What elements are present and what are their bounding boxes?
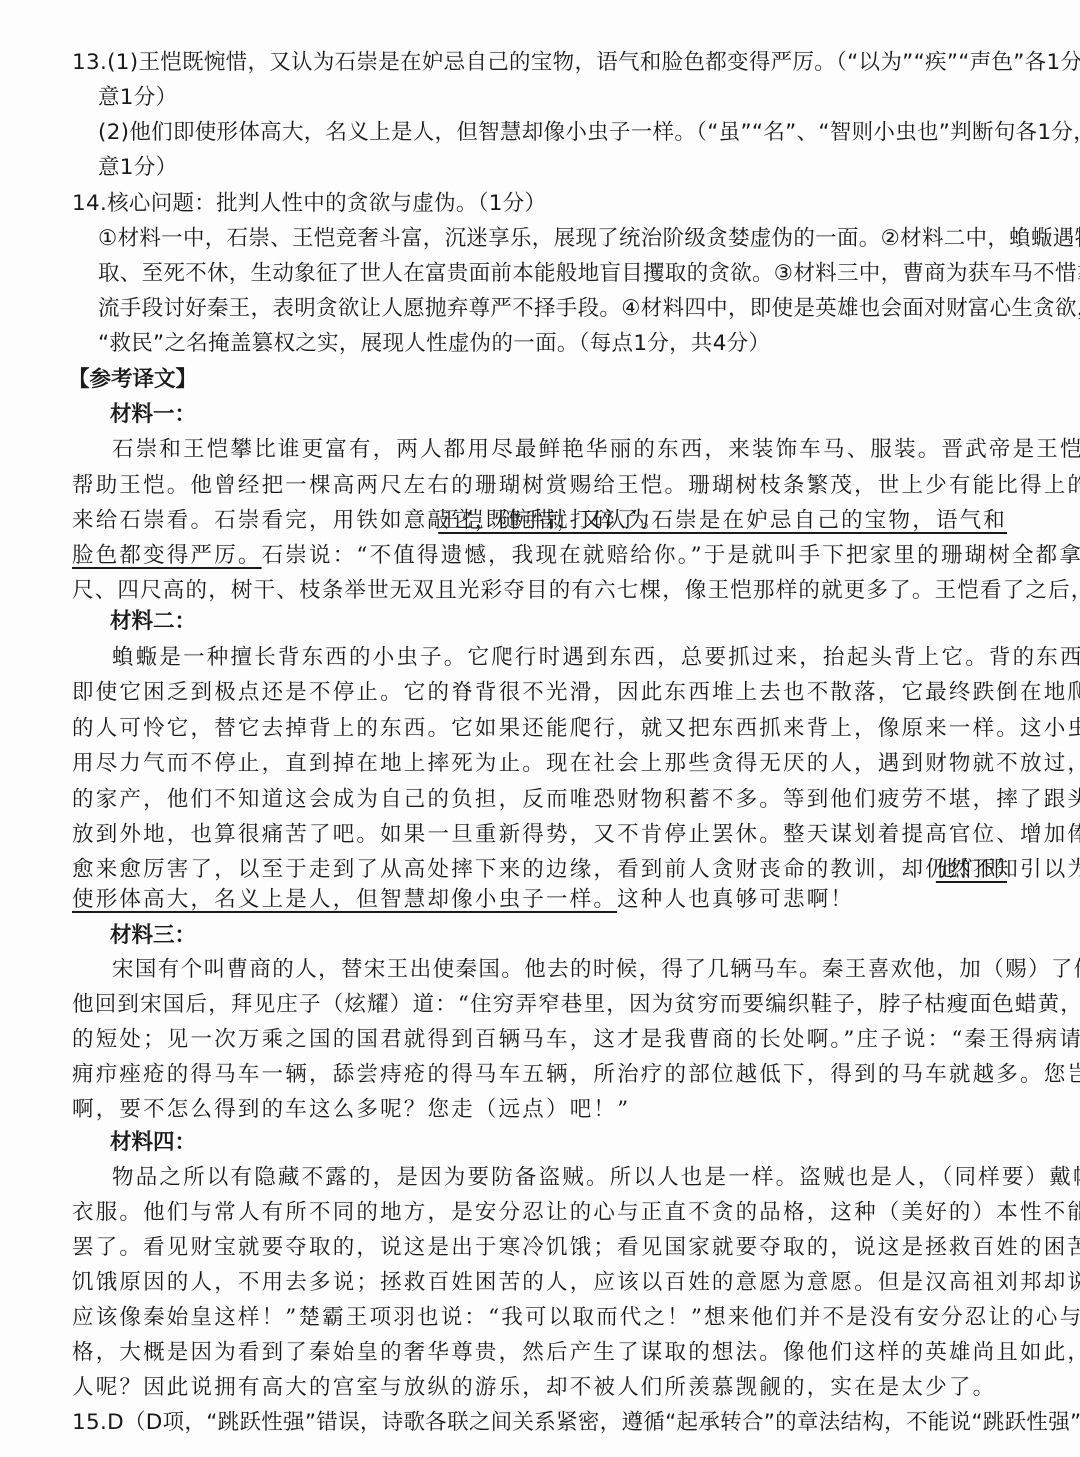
material-2-line: 即使它困乏到极点还是不停止。它的脊背很不光滑，因此东西堆上去也不散落，它最终跌倒… bbox=[72, 679, 1007, 707]
q15-answer: 15.D（D项，“跳跃性强”错误，诗歌各联之间关系紧密，遵循“起承转合”的章法结… bbox=[72, 1409, 1080, 1437]
material-3-line: 啊，要不怎么得到的车这么多呢？您走（远点）吧！” bbox=[72, 1096, 630, 1124]
material-3-line: 的短处；见一次万乘之国的国君就得到百辆马车，这才是我曹商的长处啊。”庄子说：“秦… bbox=[72, 1026, 1007, 1054]
material-2-line: 蝜蝂是一种擅长背东西的小虫子。它爬行时遇到东西，总要抓过来，抬起头背上它。背的东… bbox=[112, 644, 1007, 672]
material-3-title: 材料三： bbox=[110, 922, 196, 950]
underlined-sentence: 他们即 bbox=[936, 856, 1007, 884]
material-1-line: 石崇和王恺攀比谁更富有，两人都用尽最鲜艳华丽的东西，来装饰车马、服装。晋武帝是王… bbox=[112, 436, 1007, 464]
q14-point-line: 流手段讨好秦王，表明贪欲让人愿抛弃尊严不择手段。④材料四中，即使是英雄也会面对财… bbox=[98, 295, 1007, 323]
underlined-sentence: 脸色都变得严厉。 bbox=[72, 543, 262, 568]
material-1-text: 石崇说：“不值得遗憾，我现在就赔给你。”于是就叫手下把家里的珊瑚树全都拿出来，有… bbox=[262, 543, 1080, 568]
q13-answer-1: 13.(1)王恺既惋惜，又认为石崇是在妒忌自己的宝物，语气和脸色都变得严厉。（“… bbox=[72, 49, 1007, 77]
material-4-line: 应该像秦始皇这样！”楚霸王项羽也说：“我可以取而代之！”想来他们并不是没有安分忍… bbox=[72, 1304, 1007, 1332]
material-4-title: 材料四： bbox=[110, 1129, 196, 1157]
material-2-line: 的家产，他们不知道这会成为自己的负担，反而唯恐财物积蓄不多。等到他们疲劳不堪，摔… bbox=[72, 786, 1007, 814]
material-4-line: 衣服。他们与常人有所不同的地方，是安分忍让的心与正直不贪的品格，这种（美好的）本… bbox=[72, 1199, 1007, 1227]
material-2-line: 愈来愈厉害了，以至于走到了从高处摔下来的边缘，看到前人贪财丧命的教训，却仍然不知… bbox=[72, 856, 1007, 884]
material-4-line: 饥饿原因的人，不用去多说；拯救百姓困苦的人，应该以百姓的意愿为意愿。但是汉高祖刘… bbox=[72, 1269, 1007, 1297]
material-2-text: 愈来愈厉害了，以至于走到了从高处摔下来的边缘，看到前人贪财丧命的教训，却仍然不知… bbox=[72, 857, 1080, 882]
material-2-title: 材料二： bbox=[110, 608, 196, 636]
q14-point-line: 取、至死不休，生动象征了世人在富贵面前本能般地盲目攫取的贪欲。③材料三中，曹商为… bbox=[98, 260, 1007, 288]
material-2-line: 的人可怜它，替它去掉背上的东西。它如果还能爬行，就又把东西抓来背上，像原来一样。… bbox=[72, 715, 1007, 743]
material-1-line: 帮助王恺。他曾经把一棵高两尺左右的珊瑚树赏赐给王恺。珊瑚树枝条繁茂，世上少有能比… bbox=[72, 472, 1007, 500]
q13-answer-2-cont: 意1分） bbox=[98, 154, 177, 182]
material-2-line: 放到外地，也算很痛苦了吧。如果一旦重新得势，又不肯停止罢休。整天谋划着提高官位、… bbox=[72, 821, 1007, 849]
material-2-line: 用尽力气而不停止，直到掉在地上摔死为止。现在社会上那些贪得无厌的人，遇到财物就不… bbox=[72, 750, 1007, 778]
q13-answer-1-cont: 意1分） bbox=[98, 84, 177, 112]
material-3-line: 痈疖痤疮的得马车一辆，舔尝痔疮的得马车五辆，所治疗的部位越低下，得到的马车就越多… bbox=[72, 1061, 1007, 1089]
material-4-line: 格，大概是因为看到了秦始皇的奢华尊贵，然后产生了谋取的想法。像他们这样的英雄尚且… bbox=[72, 1339, 1007, 1367]
material-4-line: 罢了。看见财宝就要夺取的，说这是出于寒冷饥饿；看见国家就要夺取的，说这是拯救百姓… bbox=[72, 1234, 1007, 1262]
material-1-line: 来给石崇看。石崇看完，用铁如意敲它，随手就打碎了。 王恺既惋惜，又认为石崇是在妒… bbox=[72, 507, 1007, 535]
reference-translation-heading: 【参考译文】 bbox=[68, 366, 197, 394]
material-2-text: 这种人也真够可悲啊！ bbox=[617, 887, 854, 912]
material-4-line: 人呢？因此说拥有高大的宫室与放纵的游乐，却不被人们所羡慕觊觎的，实在是太少了。 bbox=[72, 1374, 996, 1402]
q14-point-line: “救民”之名掩盖篡权之实，展现人性虚伪的一面。（每点1分，共4分） bbox=[98, 330, 770, 358]
q14-point-line: ①材料一中，石崇、王恺竞奢斗富，沉迷享乐，展现了统治阶级贪婪虚伪的一面。②材料二… bbox=[98, 225, 1007, 253]
q14-core-issue: 14.核心问题：批判人性中的贪欲与虚伪。（1分） bbox=[72, 190, 546, 218]
material-1-title: 材料一： bbox=[110, 401, 196, 429]
material-4-line: 物品之所以有隐藏不露的，是因为要防备盗贼。所以人也是一样。盗贼也是人，（同样要）… bbox=[112, 1164, 1007, 1192]
material-1-line: 尺、四尺高的，树干、枝条举世无双且光彩夺目的有六七棵，像王恺那样的就更多了。王恺… bbox=[72, 577, 1007, 605]
material-3-line: 他回到宋国后，拜见庄子（炫耀）道：“住穷弄窄巷里，因为贫穷而要编织鞋子，脖子枯瘦… bbox=[72, 991, 1007, 1019]
underlined-sentence: 使形体高大，名义上是人，但智慧却像小虫子一样。 bbox=[72, 887, 617, 912]
answer-document-page: 13.(1)王恺既惋惜，又认为石崇是在妒忌自己的宝物，语气和脸色都变得严厉。（“… bbox=[0, 0, 1080, 1457]
material-3-line: 宋国有个叫曹商的人，替宋王出使秦国。他去的时候，得了几辆马车。秦王喜欢他，加（赐… bbox=[112, 956, 1007, 984]
q13-answer-2: (2)他们即使形体高大，名义上是人，但智慧却像小虫子一样。（“虽”“名”、“智则… bbox=[98, 119, 1007, 147]
material-2-line: 使形体高大，名义上是人，但智慧却像小虫子一样。这种人也真够可悲啊！ bbox=[72, 886, 854, 914]
underlined-sentence: 王恺既惋惜，又认为石崇是在妒忌自己的宝物，语气和 bbox=[438, 507, 1007, 535]
material-1-line: 脸色都变得严厉。石崇说：“不值得遗憾，我现在就赔给你。”于是就叫手下把家里的珊瑚… bbox=[72, 542, 1080, 570]
